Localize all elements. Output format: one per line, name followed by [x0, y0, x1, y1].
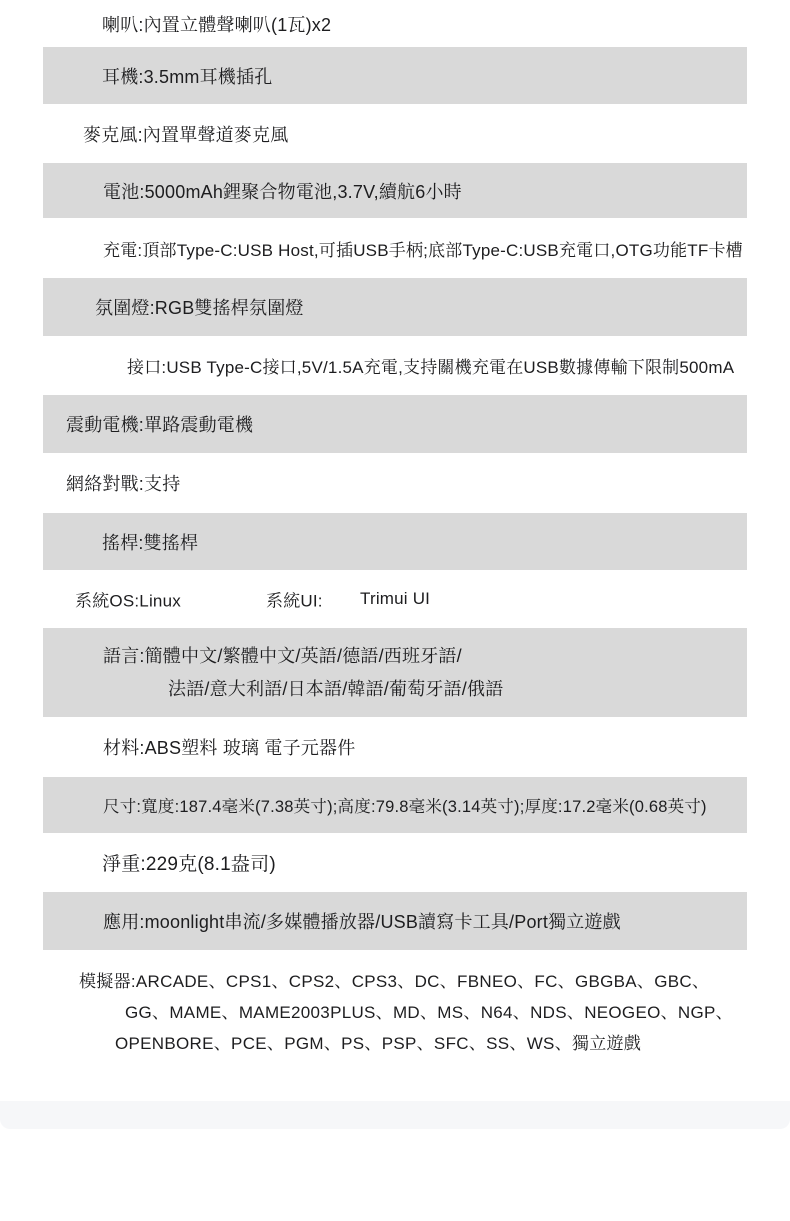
spec-text: 接口:USB Type-C接口,5V/1.5A充電,支持關機充電在USB數據傳輸…	[127, 353, 734, 378]
spec-sheet: 喇叭:內置立體聲喇叭(1瓦)x2 耳機:3.5mm耳機插孔 麥克風:內置單聲道麥…	[0, 0, 790, 1221]
spec-text-line: 語言:簡體中文/繁體中文/英語/德語/西班牙語/	[0, 640, 790, 673]
spec-row-ambient-light: 氛圍燈:RGB雙搖桿氛圍燈	[0, 278, 790, 336]
spec-row-speaker: 喇叭:內置立體聲喇叭(1瓦)x2	[0, 0, 790, 47]
spec-row-languages: 語言:簡體中文/繁體中文/英語/德語/西班牙語/ 法語/意大利語/日本語/韓語/…	[0, 628, 790, 717]
emulator-line: OPENBORE、PCE、PGM、PS、PSP、SFC、SS、WS、獨立遊戲	[0, 1028, 790, 1059]
spec-row-system: 系統OS:Linux 系統UI: Trimui UI	[0, 570, 790, 628]
spec-row-emulators: 模擬器:ARCADE、CPS1、CPS2、CPS3、DC、FBNEO、FC、GB…	[0, 950, 790, 1101]
system-ui-label: 系統UI:	[266, 587, 323, 612]
spec-row-online-battle: 網絡對戰:支持	[0, 453, 790, 513]
spec-text: 喇叭:內置立體聲喇叭(1瓦)x2	[102, 11, 331, 37]
emulator-line: GG、MAME、MAME2003PLUS、MD、MS、N64、NDS、NEOGE…	[0, 997, 790, 1028]
spec-text: 搖桿:雙搖桿	[102, 529, 198, 555]
spec-text-line: 法語/意大利語/日本語/韓語/葡萄牙語/俄語	[0, 673, 790, 706]
spec-text: 網絡對戰:支持	[66, 470, 180, 496]
spec-row-headphone: 耳機:3.5mm耳機插孔	[0, 47, 790, 104]
spec-text: 震動電機:單路震動電機	[66, 411, 253, 437]
spec-row-port: 接口:USB Type-C接口,5V/1.5A充電,支持關機充電在USB數據傳輸…	[0, 336, 790, 395]
spec-text: 應用:moonlight串流/多媒體播放器/USB讀寫卡工具/Port獨立遊戲	[103, 908, 621, 934]
spec-row-battery: 電池:5000mAh鋰聚合物電池,3.7V,續航6小時	[0, 163, 790, 218]
spec-text: 氛圍燈:RGB雙搖桿氛圍燈	[95, 294, 304, 320]
spec-row-applications: 應用:moonlight串流/多媒體播放器/USB讀寫卡工具/Port獨立遊戲	[0, 892, 790, 950]
spec-text: 充電:頂部Type-C:USB Host,可插USB手柄;底部Type-C:US…	[103, 236, 743, 261]
spec-text: 材料:ABS塑料 玻璃 電子元器件	[103, 734, 355, 760]
spec-text: 電池:5000mAh鋰聚合物電池,3.7V,續航6小時	[103, 178, 462, 204]
spec-text: 尺寸:寬度:187.4毫米(7.38英寸);高度:79.8毫米(3.14英寸);…	[103, 793, 707, 817]
spec-row-dimensions: 尺寸:寬度:187.4毫米(7.38英寸);高度:79.8毫米(3.14英寸);…	[0, 777, 790, 833]
spec-row-charging: 充電:頂部Type-C:USB Host,可插USB手柄;底部Type-C:US…	[0, 218, 790, 278]
emulator-line: 模擬器:ARCADE、CPS1、CPS2、CPS3、DC、FBNEO、FC、GB…	[0, 966, 790, 997]
spec-text: 淨重:229克(8.1盎司)	[102, 849, 276, 876]
system-os-label: 系統OS:Linux	[75, 587, 181, 612]
spec-row-material: 材料:ABS塑料 玻璃 電子元器件	[0, 717, 790, 777]
spec-text: 耳機:3.5mm耳機插孔	[102, 63, 272, 89]
system-ui-value: Trimui UI	[360, 589, 430, 609]
spec-row-net-weight: 淨重:229克(8.1盎司)	[0, 833, 790, 892]
section-divider-bar	[0, 1101, 790, 1129]
spec-row-vibration-motor: 震動電機:單路震動電機	[0, 395, 790, 453]
spec-row-joystick: 搖桿:雙搖桿	[0, 513, 790, 570]
spec-text: 麥克風:內置單聲道麥克風	[83, 121, 288, 147]
spec-row-microphone: 麥克風:內置單聲道麥克風	[0, 104, 790, 163]
